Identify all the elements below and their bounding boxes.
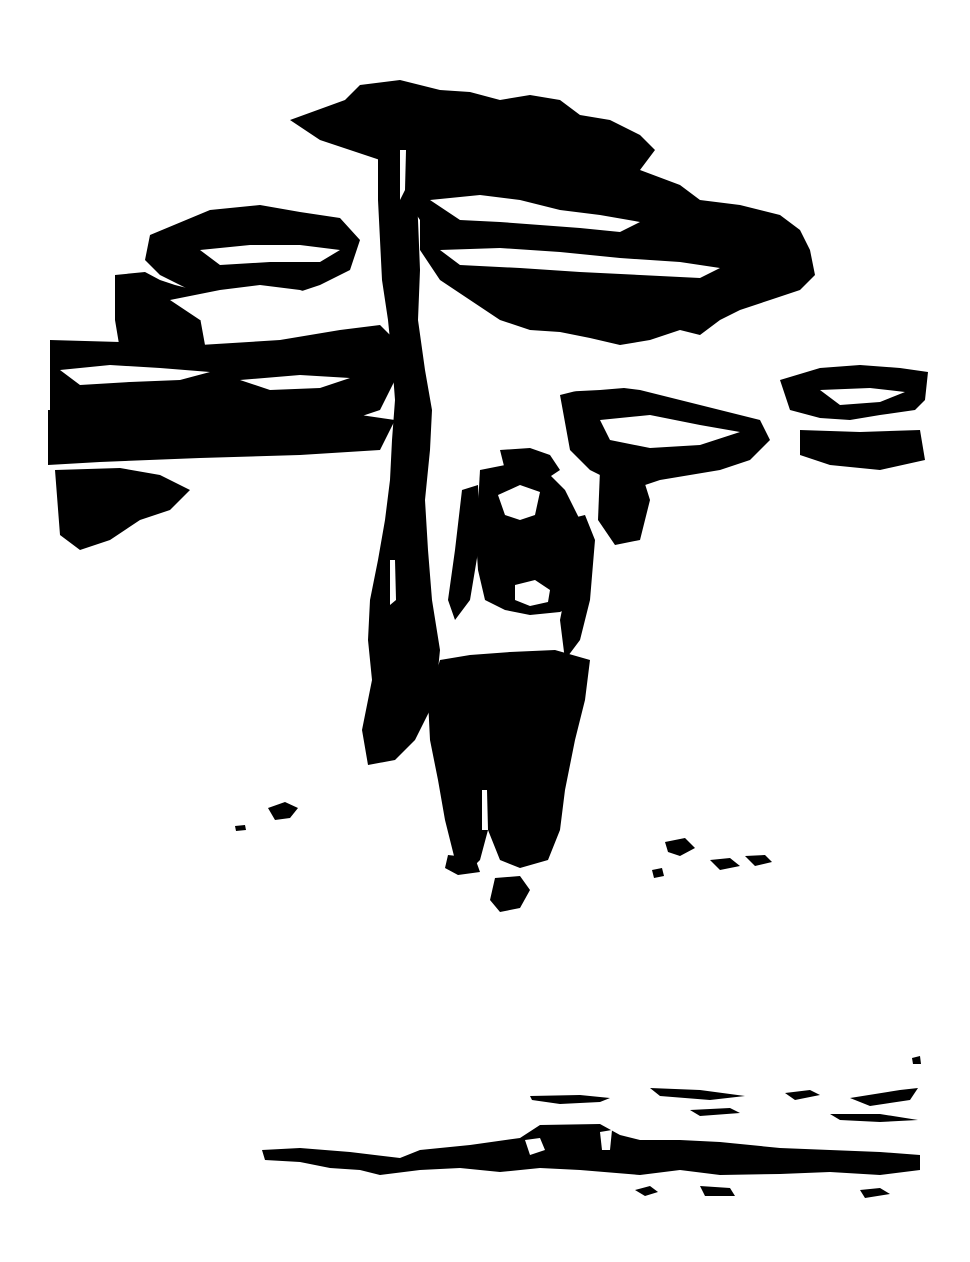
artwork <box>0 0 970 1262</box>
